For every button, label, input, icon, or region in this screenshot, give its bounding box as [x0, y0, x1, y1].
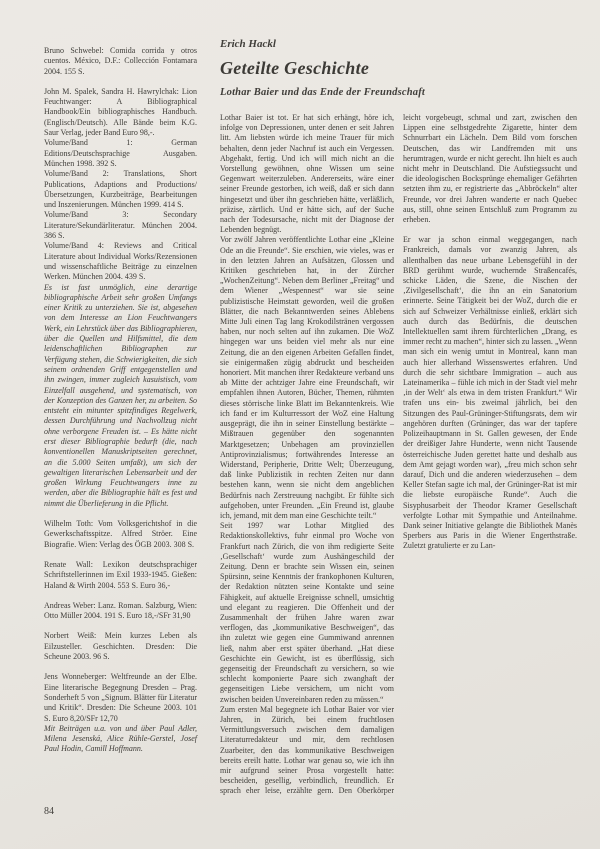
article-paragraph: Vor zwölf Jahren veröffentlichte Lothar …: [220, 235, 394, 521]
scanned-book-page: Bruno Schwebel: Comida corrida y otros c…: [0, 0, 600, 849]
bib-entry-spalek: John M. Spalek, Sandra H. Hawrylchak: Li…: [44, 87, 197, 138]
article-author: Erich Hackl: [220, 38, 577, 51]
article-body: Lothar Baier ist tot. Er hat sich erhäng…: [220, 113, 577, 797]
bib-entry-schwebel: Bruno Schwebel: Comida corrida y otros c…: [44, 46, 197, 77]
article-subtitle: Lothar Baier und das Ende der Freundscha…: [220, 86, 577, 99]
article-title: Geteilte Geschichte: [220, 58, 577, 78]
bib-entry-volume-3: Volume/Band 3: Secondary Literature/Seku…: [44, 210, 197, 241]
bib-entry-volume-4: Volume/Band 4: Reviews and Critical Lite…: [44, 241, 197, 282]
article: Erich Hackl Geteilte Geschichte Lothar B…: [220, 38, 577, 797]
bib-entry-volume-1: Volume/Band 1: German Editions/Deutschsp…: [44, 138, 197, 169]
bib-entry-wonneberger: Jens Wonneberger: Weltfreunde an der Elb…: [44, 672, 197, 723]
article-paragraph: Seit 1997 war Lothar Mitglied des Redakt…: [220, 521, 394, 705]
bib-entry-volume-2: Volume/Band 2: Translations, Short Publi…: [44, 169, 197, 210]
bib-entry-weber: Andreas Weber: Lanz. Roman. Salzburg, Wi…: [44, 601, 197, 622]
article-paragraph: Lothar Baier ist tot. Er hat sich erhäng…: [220, 113, 394, 235]
bib-entry-toth: Wilhelm Toth: Vom Volksgerichtshof in di…: [44, 519, 197, 550]
article-paragraph: Er war ja schon einmal weggegangen, nach…: [403, 235, 577, 551]
page-number: 84: [44, 806, 54, 817]
bib-commentary-wonneberger: Mit Beiträgen u.a. von und über Paul Adl…: [44, 724, 197, 755]
bib-commentary-feuchtwanger: Es ist fast unmöglich, eine derartige bi…: [44, 283, 197, 510]
bib-entry-weiss: Norbert Weiß: Mein kurzes Leben als Eilz…: [44, 631, 197, 662]
bib-entry-wall: Renate Wall: Lexikon deutschsprachiger S…: [44, 560, 197, 591]
bibliography-column: Bruno Schwebel: Comida corrida y otros c…: [44, 46, 197, 755]
